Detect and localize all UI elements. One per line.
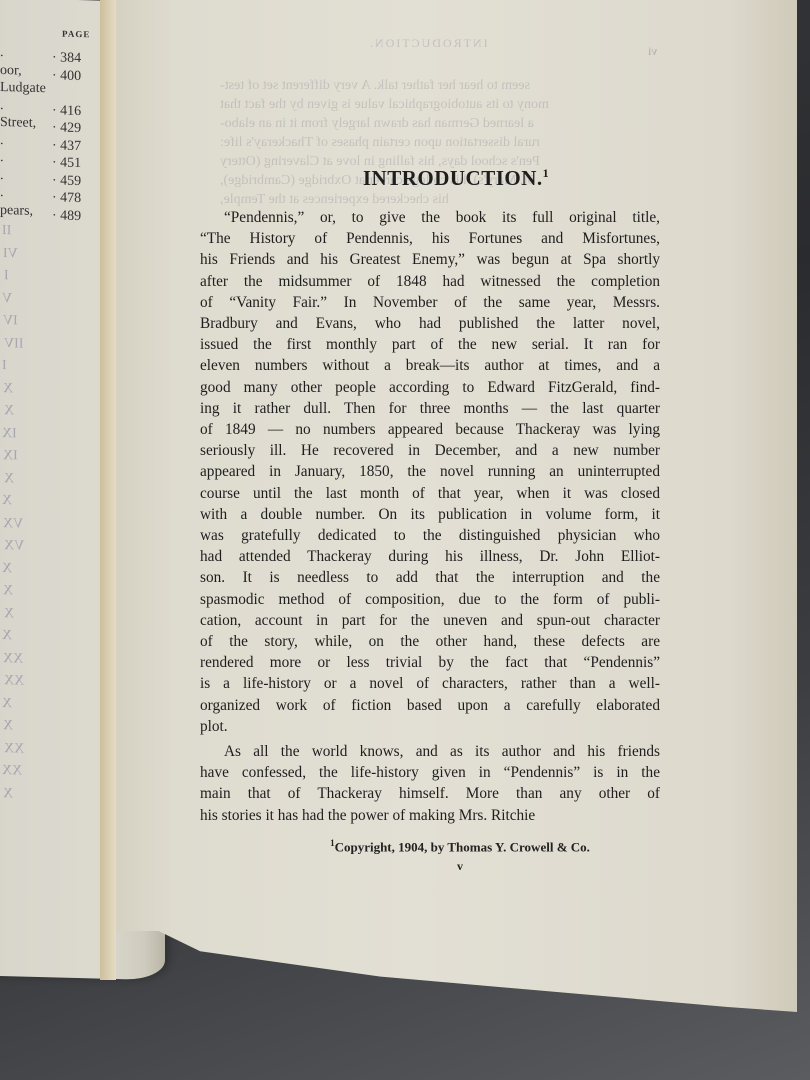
text-line: of “Vanity Fair.” In November of the sam… (200, 292, 660, 313)
footnote: 1Copyright, 1904, by Thomas Y. Crowell &… (260, 838, 660, 855)
page-content: INTRODUCTION.1 “Pendennis,” or, to give … (200, 160, 660, 874)
toc-entry-page: · 384 (52, 50, 81, 66)
toc-entry-page: · 451 (52, 155, 81, 171)
toc-entry-text: oor, (0, 63, 52, 78)
text-line: good many other people according to Edwa… (200, 377, 660, 398)
text-line: of 1849 — no numbers appeared because Th… (200, 419, 660, 440)
text-line: have confessed, the life-history given i… (200, 762, 660, 783)
bleed-through-numeral: X (3, 786, 13, 802)
bleed-through-numeral: V (2, 291, 12, 307)
text-line: his Friends and his Greatest Enemy,” was… (200, 249, 660, 270)
text-line: “Pendennis,” or, to give the book its fu… (200, 207, 660, 228)
bleed-through-numeral: X (2, 493, 12, 509)
text-line: spasmodic method of composition, due to … (200, 589, 660, 610)
bleed-through-numeral: I (2, 358, 7, 374)
text-line: ing it rather dull. Then for three month… (200, 398, 660, 419)
bleed-through-numeral: I (4, 268, 9, 284)
bleed-through-numeral: X (4, 471, 14, 487)
toc-entry-page: · 459 (52, 173, 81, 189)
bleed-through-numeral: IV (3, 313, 18, 329)
page-title: INTRODUCTION.1 (252, 166, 660, 191)
bleed-through-numeral: XX (2, 763, 22, 780)
text-line: “The History of Pendennis, his Fortunes … (200, 228, 660, 249)
bleed-through-numeral: X (3, 718, 13, 734)
text-line: issued the first monthly part of the new… (200, 334, 660, 355)
text-line: his stories it has had the power of maki… (200, 805, 660, 826)
text-line: plot. (200, 716, 660, 737)
toc-entry-text: . (0, 46, 52, 61)
bleed-through-page-number: vi (648, 44, 657, 59)
toc-entry-page: · 429 (52, 120, 81, 136)
text-line: main that of Thackeray himself. More tha… (200, 783, 660, 804)
toc-entry-text: Ludgate (0, 81, 52, 96)
text-line: appeared in January, 1850, the novel run… (200, 461, 660, 482)
text-line: Bradbury and Evans, who had published th… (200, 313, 660, 334)
text-line: of the story, while, on the other hand, … (200, 631, 660, 652)
text-line: was gratefully dedicated to the distingu… (200, 525, 660, 546)
text-line: course until the last month of that year… (200, 483, 660, 504)
body-paragraph: “Pendennis,” or, to give the book its fu… (200, 207, 660, 737)
toc-entry-text: . (0, 133, 52, 148)
bleed-through-numeral: X (3, 583, 13, 599)
toc-entry-text: . (0, 168, 52, 183)
footnote-text: Copyright, 1904, by Thomas Y. Crowell & … (335, 839, 590, 854)
text-line: organized work of fiction based upon a c… (200, 695, 660, 716)
bleed-through-numeral: VX (4, 538, 24, 555)
bleed-through-numeral: X (2, 696, 12, 712)
toc-entry-text: . (0, 98, 52, 113)
bleed-through-numeral: IX (3, 448, 18, 464)
bleed-through-numeral: X (4, 403, 14, 419)
bleed-through-line: seem to hear her father talk. A very dif… (220, 78, 530, 94)
bleed-through-line: a learned German has drawn largely from … (220, 116, 534, 132)
bleed-through-numeral: XX (4, 673, 24, 690)
page-number: v (260, 859, 660, 874)
text-line: cation, account in part for the uneven a… (200, 610, 660, 631)
toc-entry-page: · 437 (52, 138, 81, 154)
bleed-through-running-head: INTRODUCTION. (368, 36, 488, 51)
bleed-through-line: mony to its autobiographical value is gi… (220, 97, 549, 113)
bleed-through-numeral: X (4, 606, 14, 622)
title-text: INTRODUCTION. (363, 166, 543, 190)
bleed-through-numeral: XX (4, 741, 24, 758)
text-line: after the midsummer of 1848 had witnesse… (200, 271, 660, 292)
text-line: with a double number. On its publication… (200, 504, 660, 525)
text-line: seriously ill. He recovered in December,… (200, 440, 660, 461)
bleed-through-numeral: X (2, 628, 12, 644)
toc-entry-page: · 400 (52, 68, 81, 84)
bleed-through-line: rural dissertation upon certain phases o… (220, 135, 540, 151)
toc-entry-text: Street, (0, 116, 52, 131)
footnote-mark: 1 (543, 166, 550, 180)
toc-entry-text: pears, (0, 203, 52, 218)
text-line: is a life-history or a novel of characte… (200, 673, 660, 694)
bleed-through-numeral: XX (3, 651, 23, 668)
text-line: had attended Thackeray during his illnes… (200, 546, 660, 567)
book-gutter (100, 0, 116, 980)
text-line: As all the world knows, and as its autho… (200, 741, 660, 762)
toc-entry-page: · 416 (52, 103, 81, 119)
toc-entry-page: · 489 (52, 208, 81, 224)
toc-entry-text: . (0, 151, 52, 166)
bleed-through-numeral: II (2, 223, 11, 239)
toc-page-header: PAGE (62, 30, 90, 40)
bleed-through-numeral: X (2, 561, 12, 577)
toc-entry-page: · 478 (52, 190, 81, 206)
bleed-through-numeral: IX (2, 426, 17, 442)
book-photo: PAGE .· 384oor,· 400Ludgate.· 416Street,… (0, 0, 810, 1080)
bleed-through-numeral: X (3, 381, 13, 397)
body-paragraph: As all the world knows, and as its autho… (200, 741, 660, 826)
toc-entry: Ludgate (0, 81, 52, 100)
bleed-through-numeral: VI (3, 246, 18, 262)
text-line: son. It is needless to add that the inte… (200, 567, 660, 588)
toc-entry: pears,· 489 (0, 203, 81, 223)
bleed-through-numeral: VX (3, 516, 23, 533)
text-line: eleven numbers without a break—its autho… (200, 355, 660, 376)
table-of-contents-fragment: PAGE .· 384oor,· 400Ludgate.· 416Street,… (0, 28, 80, 30)
text-line: rendered more or less trivial by the fac… (200, 652, 660, 673)
toc-entry-text: . (0, 186, 52, 201)
bleed-through-numeral: IIV (4, 336, 23, 353)
